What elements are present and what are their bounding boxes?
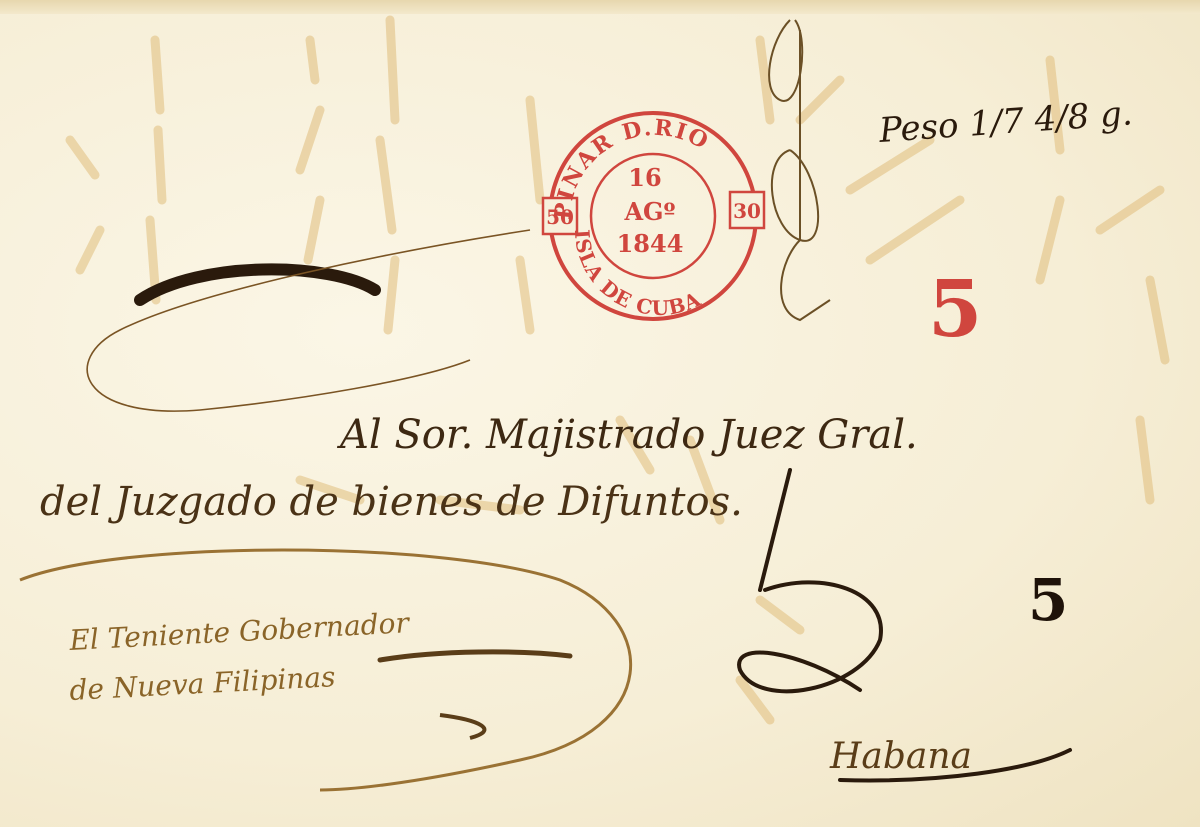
red-rate-numeral: 5	[928, 264, 982, 355]
weight-note: Peso 1/7 4/8 g.	[877, 93, 1134, 151]
address-line-2: del Juzgado de bienes de Difuntos.	[40, 479, 743, 525]
sender-line-1: El Teniente Gobernador	[68, 606, 412, 657]
address-line-1: Al Sor. Majistrado Juez Gral.	[336, 412, 918, 458]
postal-cover: PINAR D.RIO ISLA DE CUBA 50 30 16 AGº 18…	[0, 0, 1200, 827]
sender-line-2: de Nueva Filipinas	[69, 660, 337, 707]
text-layer: Peso 1/7 4/8 g. Al Sor. Majistrado Juez …	[0, 0, 1200, 827]
address-city: Habana	[829, 736, 972, 777]
black-rate-numeral: 5	[1028, 566, 1068, 634]
